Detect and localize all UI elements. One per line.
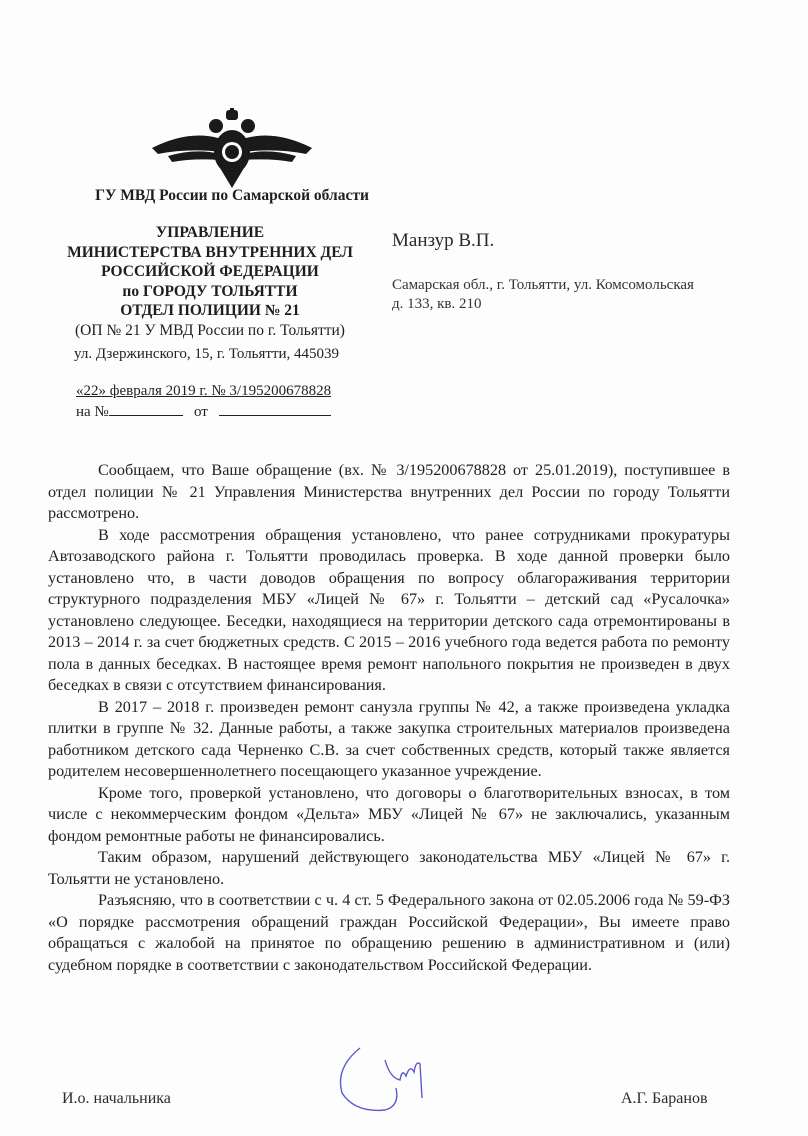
reference-block: «22» февраля 2019 г. № 3/195200678828 на… — [76, 382, 331, 422]
signatory-name: А.Г. Баранов — [621, 1090, 708, 1108]
signatory-role: И.о. начальника — [62, 1090, 171, 1108]
recipient-address-line: Самарская обл., г. Тольятти, ул. Комсомо… — [392, 276, 694, 295]
body-paragraph: Разъясняю, что в соответствии с ч. 4 ст.… — [48, 890, 730, 976]
incoming-ref-label: на № — [76, 404, 109, 420]
department-header: УПРАВЛЕНИЕ МИНИСТЕРСТВА ВНУТРЕННИХ ДЕЛ Р… — [50, 223, 370, 340]
recipient-address-line: д. 133, кв. 210 — [392, 295, 694, 314]
outgoing-reference: «22» февраля 2019 г. № 3/195200678828 — [76, 382, 331, 401]
incoming-number-blank — [109, 401, 183, 416]
letter-body: Сообщаем, что Ваше обращение (вх. № 3/19… — [48, 460, 730, 976]
department-line: УПРАВЛЕНИЕ — [50, 223, 370, 243]
department-address: ул. Дзержинского, 15, г. Тольятти, 44503… — [74, 346, 339, 363]
handwritten-signature-icon — [330, 1038, 450, 1118]
department-line: МИНИСТЕРСТВА ВНУТРЕННИХ ДЕЛ — [50, 243, 370, 263]
incoming-from-label: от — [194, 404, 208, 420]
incoming-date-blank — [219, 401, 331, 416]
recipient-name: Манзур В.П. — [392, 230, 494, 252]
letter-page: ГУ МВД России по Самарской области УПРАВ… — [0, 0, 808, 1136]
department-line: РОССИЙСКОЙ ФЕДЕРАЦИИ — [50, 262, 370, 282]
body-paragraph: Сообщаем, что Ваше обращение (вх. № 3/19… — [48, 460, 730, 525]
incoming-reference: на № от — [76, 401, 331, 422]
recipient-address: Самарская обл., г. Тольятти, ул. Комсомо… — [392, 276, 694, 314]
department-line: ОТДЕЛ ПОЛИЦИИ № 21 — [50, 301, 370, 321]
department-short-name: (ОП № 21 У МВД России по г. Тольятти) — [50, 321, 370, 341]
body-paragraph: В ходе рассмотрения обращения установлен… — [48, 525, 730, 697]
department-line: по ГОРОДУ ТОЛЬЯТТИ — [50, 282, 370, 302]
agency-parent-name: ГУ МВД России по Самарской области — [52, 187, 412, 205]
body-paragraph: В 2017 – 2018 г. произведен ремонт сануз… — [48, 697, 730, 783]
mvd-emblem-icon — [148, 108, 316, 190]
body-paragraph: Кроме того, проверкой установлено, что д… — [48, 783, 730, 848]
body-paragraph: Таким образом, нарушений действующего за… — [48, 847, 730, 890]
